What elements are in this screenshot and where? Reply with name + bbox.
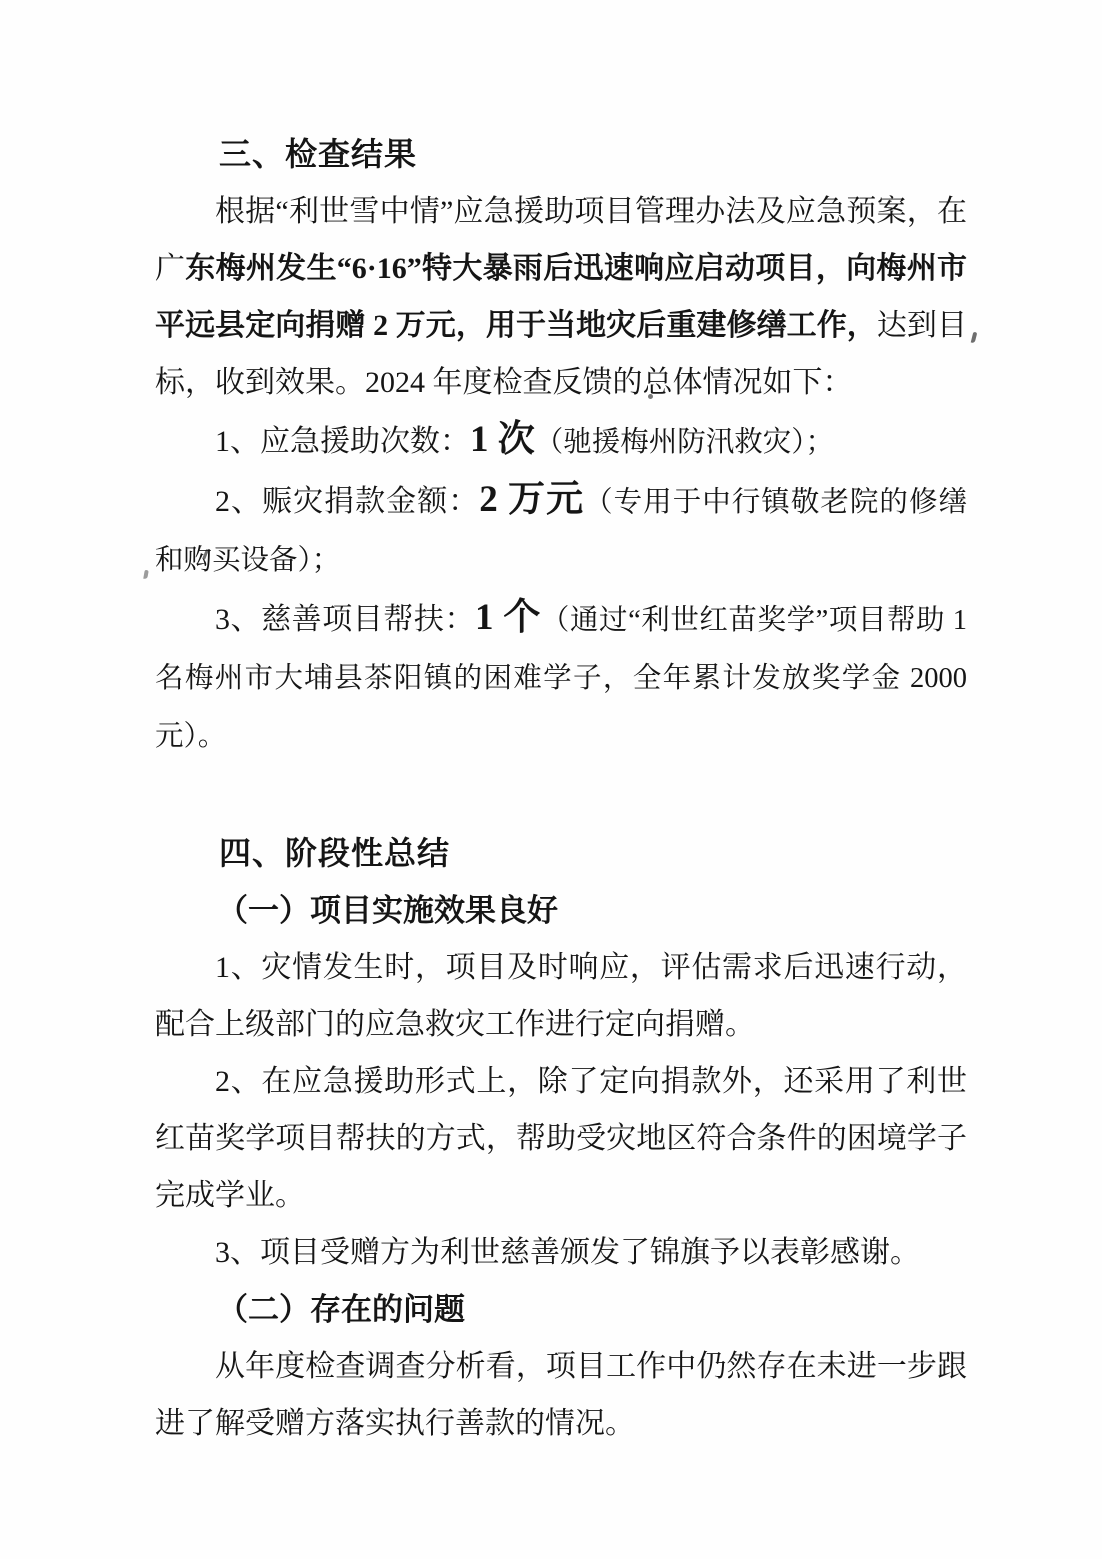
subsection-issues-heading: （二）存在的问题 (155, 1281, 967, 1338)
result-item-note: （驰援梅州防汛救灾）； (535, 427, 834, 458)
section-summary-heading: 四、阶段性总结 (155, 825, 967, 882)
effect-item-banner: 3、项目受赠方为利世慈善颁发了锦旗予以表彰感谢。 (155, 1224, 967, 1281)
effect-item-response: 1、灾情发生时，项目及时响应，评估需求后迅速行动，配合上级部门的应急救灾工作进行… (155, 939, 967, 1053)
document-content: 三、检查结果 根据“利世雪中情”应急援助项目管理办法及应急预案，在广东梅州发生“… (155, 126, 967, 1452)
issues-paragraph: 从年度检查调查分析看，项目工作中仍然存在未进一步跟进了解受赠方落实执行善款的情况… (155, 1338, 967, 1452)
scan-artifact (143, 570, 149, 580)
result-item-donation-amount: 2、赈灾捐款金额：2 万元（专用于中行镇敬老院的修缮和购买设备）； (155, 471, 967, 589)
subsection-effect-heading: （一）项目实施效果良好 (155, 882, 967, 939)
document-page: 三、检查结果 根据“利世雪中情”应急援助项目管理办法及应急预案，在广东梅州发生“… (0, 0, 1102, 1559)
effect-item-aid-form: 2、在应急援助形式上，除了定向捐款外，还采用了利世红苗奖学项目帮扶的方式，帮助受… (155, 1053, 967, 1224)
scan-artifact (971, 332, 978, 344)
result-item-value: 2 万元 (479, 479, 584, 520)
result-item-value: 1 个 (475, 597, 541, 638)
result-item-value: 1 次 (470, 419, 535, 460)
result-item-charity-project: 3、慈善项目帮扶：1 个（通过“利世红苗奖学”项目帮助 1 名梅州市大埔县茶阳镇… (155, 589, 967, 765)
section-results-heading: 三、检查结果 (155, 126, 967, 183)
results-intro-emphasis: 东梅州发生“6·16”特大暴雨后迅速响应启动项目，向梅州市平远县定向捐赠 2 万… (155, 252, 967, 342)
result-item-aid-count: 1、应急援助次数：1 次（驰援梅州防汛救灾）； (155, 411, 967, 471)
result-item-label: 2、赈灾捐款金额： (215, 485, 479, 518)
result-item-label: 3、慈善项目帮扶： (215, 603, 475, 636)
results-intro-paragraph: 根据“利世雪中情”应急援助项目管理办法及应急预案，在广东梅州发生“6·16”特大… (155, 183, 967, 411)
result-item-label: 1、应急援助次数： (215, 425, 470, 458)
